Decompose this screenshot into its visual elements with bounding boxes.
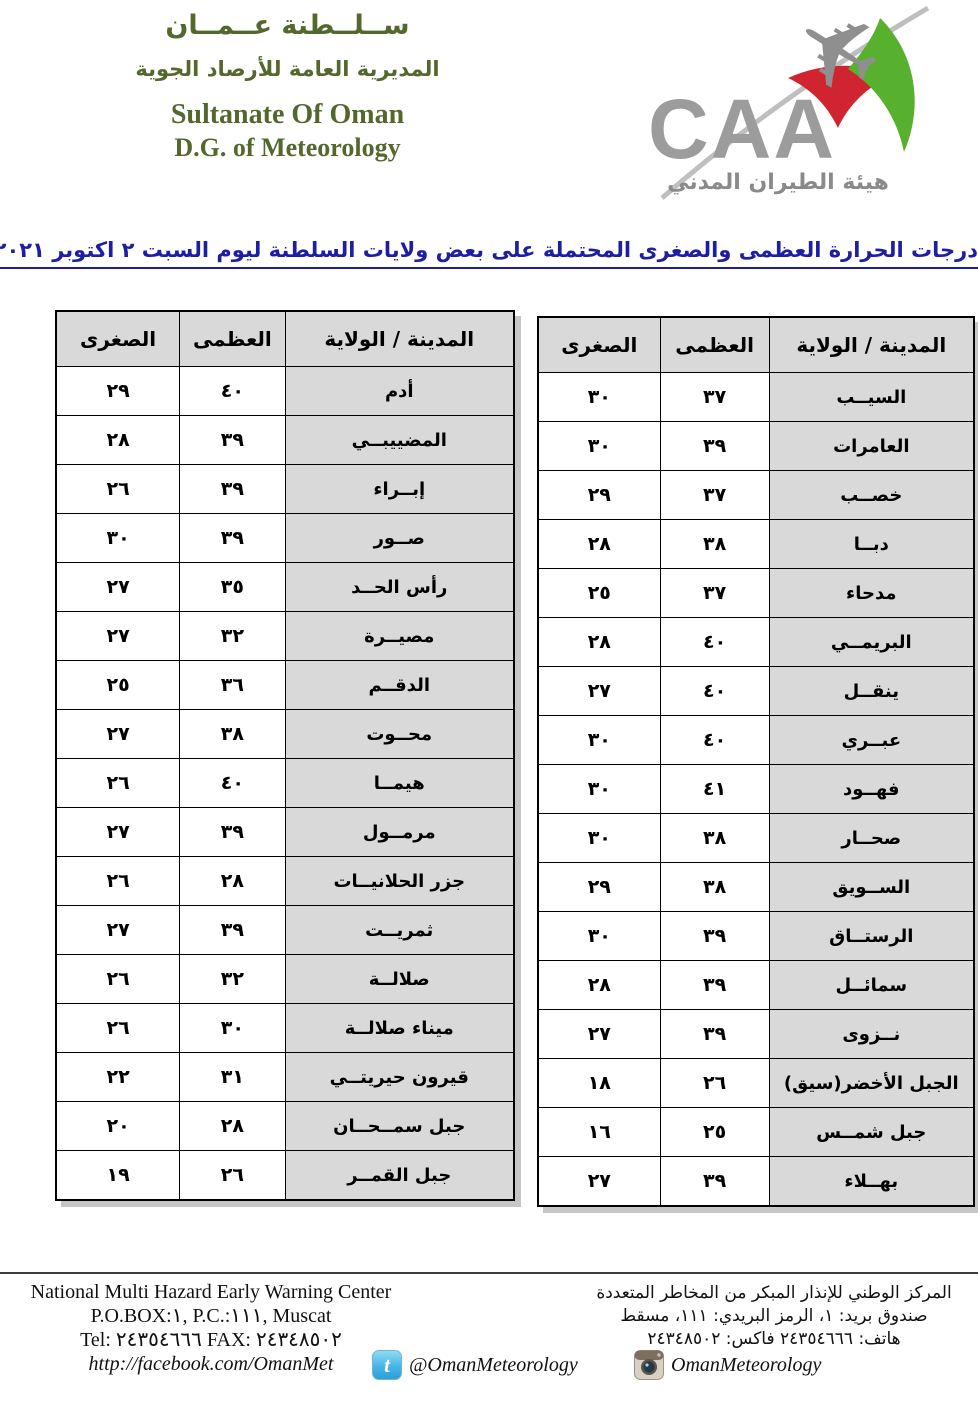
max-temp-cell: ٣٩ xyxy=(660,912,769,961)
max-temp-cell: ٣٨ xyxy=(660,863,769,912)
city-cell: ميناء صلالــة xyxy=(285,1004,514,1053)
max-temp-cell: ٣٨ xyxy=(660,520,769,569)
max-temp-cell: ٤٠ xyxy=(180,367,285,416)
col-header-min: الصغرى xyxy=(538,317,660,373)
min-temp-cell: ٢٨ xyxy=(56,416,180,465)
city-cell: خصــب xyxy=(769,471,974,520)
city-cell: قيرون حيريتــي xyxy=(285,1053,514,1102)
table-header-row: المدينة / الولاية العظمى الصغرى xyxy=(56,311,514,367)
max-temp-cell: ٢٦ xyxy=(180,1151,285,1201)
table-row: فهــود٤١٣٠ xyxy=(538,765,974,814)
min-temp-cell: ٢٧ xyxy=(538,667,660,716)
table-header-row: المدينة / الولاية العظمى الصغرى xyxy=(538,317,974,373)
table-row: بهــلاء٣٩٢٧ xyxy=(538,1157,974,1207)
min-temp-cell: ٢٧ xyxy=(56,563,180,612)
max-temp-cell: ٣٧ xyxy=(660,373,769,422)
min-temp-cell: ٢٧ xyxy=(56,710,180,759)
table-row: جبل شمــس٢٥١٦ xyxy=(538,1108,974,1157)
city-cell: البريمــي xyxy=(769,618,974,667)
max-temp-cell: ٤٠ xyxy=(180,759,285,808)
min-temp-cell: ٢٧ xyxy=(538,1010,660,1059)
max-temp-cell: ٣٩ xyxy=(180,906,285,955)
table-row: ينقــل٤٠٢٧ xyxy=(538,667,974,716)
min-temp-cell: ٣٠ xyxy=(538,765,660,814)
max-temp-cell: ٣٧ xyxy=(660,569,769,618)
center-name-english: National Multi Hazard Early Warning Cent… xyxy=(4,1280,418,1304)
min-temp-cell: ٣٠ xyxy=(538,373,660,422)
col-header-min: الصغرى xyxy=(56,311,180,367)
min-temp-cell: ٢٦ xyxy=(56,1004,180,1053)
instagram-handle-group: OmanMeteorology xyxy=(634,1350,821,1380)
city-cell: الســويق xyxy=(769,863,974,912)
caa-airplane-logo: ✈ CAA هيئة الطيران المدني xyxy=(628,0,958,200)
address-arabic: صندوق بريد: ١، الرمز البريدي: ١١١، مسقط xyxy=(578,1305,970,1328)
table-row: الدقــم٣٦٢٥ xyxy=(56,661,514,710)
min-temp-cell: ٢٥ xyxy=(56,661,180,710)
logo-acronym: CAA xyxy=(648,82,836,176)
max-temp-cell: ٣٩ xyxy=(180,514,285,563)
min-temp-cell: ٢٢ xyxy=(56,1053,180,1102)
phone-fax-english: Tel: ٢٤٣٥٤٦٦٦ FAX: ٢٤٣٤٨٥٠٢ xyxy=(4,1328,418,1352)
min-temp-cell: ٣٠ xyxy=(538,912,660,961)
table-row: العامرات٣٩٣٠ xyxy=(538,422,974,471)
city-cell: جبل القمــر xyxy=(285,1151,514,1201)
max-temp-cell: ٣٩ xyxy=(660,422,769,471)
min-temp-cell: ٣٠ xyxy=(538,814,660,863)
table-row: المضييبــي٣٩٢٨ xyxy=(56,416,514,465)
caa-logo: ✈ CAA هيئة الطيران المدني xyxy=(628,0,958,200)
max-temp-cell: ٣١ xyxy=(180,1053,285,1102)
min-temp-cell: ٢٧ xyxy=(56,906,180,955)
footer-english-block: National Multi Hazard Early Warning Cent… xyxy=(4,1280,418,1376)
min-temp-cell: ٢٦ xyxy=(56,465,180,514)
table-row: رأس الحــد٣٥٢٧ xyxy=(56,563,514,612)
max-temp-cell: ٣٨ xyxy=(660,814,769,863)
table-row: صــور٣٩٣٠ xyxy=(56,514,514,563)
report-title: درجات الحرارة العظمى والصغرى المحتملة عل… xyxy=(0,238,978,269)
max-temp-cell: ٣٩ xyxy=(660,961,769,1010)
table-row: البريمــي٤٠٢٨ xyxy=(538,618,974,667)
max-temp-cell: ٣٨ xyxy=(180,710,285,759)
table-row: مرمــول٣٩٢٧ xyxy=(56,808,514,857)
city-cell: ينقــل xyxy=(769,667,974,716)
city-cell: الجبل الأخضر(سيق) xyxy=(769,1059,974,1108)
table-row: ثمريــت٣٩٢٧ xyxy=(56,906,514,955)
max-temp-cell: ٣٧ xyxy=(660,471,769,520)
max-temp-cell: ٣٦ xyxy=(180,661,285,710)
col-header-max: العظمى xyxy=(180,311,285,367)
table-row: سمائــل٣٩٢٨ xyxy=(538,961,974,1010)
title-row: درجات الحرارة العظمى والصغرى المحتملة عل… xyxy=(0,238,978,269)
org-dept-english: D.G. of Meteorology xyxy=(85,132,490,164)
table-row: صلالــة٣٢٢٦ xyxy=(56,955,514,1004)
min-temp-cell: ١٩ xyxy=(56,1151,180,1201)
min-temp-cell: ٢٧ xyxy=(538,1157,660,1207)
org-header: ســلــطنة عــمــان المديرية العامة للأرص… xyxy=(85,6,490,164)
twitter-icon: t xyxy=(372,1350,402,1380)
table-row: جبل سمــحــان٢٨٢٠ xyxy=(56,1102,514,1151)
temperature-table-left: المدينة / الولاية العظمى الصغرى أدم٤٠٢٩ا… xyxy=(55,310,515,1201)
min-temp-cell: ٢٨ xyxy=(538,520,660,569)
city-cell: سمائــل xyxy=(769,961,974,1010)
center-name-arabic: المركز الوطني للإنذار المبكر من المخاطر … xyxy=(578,1282,970,1305)
table-row: إبــراء٣٩٢٦ xyxy=(56,465,514,514)
logo-arabic-name: هيئة الطيران المدني xyxy=(667,170,889,195)
col-header-max: العظمى xyxy=(660,317,769,373)
footer-arabic-block: المركز الوطني للإنذار المبكر من المخاطر … xyxy=(578,1282,970,1351)
min-temp-cell: ٢٦ xyxy=(56,857,180,906)
min-temp-cell: ٢٦ xyxy=(56,955,180,1004)
table-row: دبــا٣٨٢٨ xyxy=(538,520,974,569)
min-temp-cell: ٣٠ xyxy=(538,422,660,471)
city-cell: جزر الحلانيــات xyxy=(285,857,514,906)
table-row: الســويق٣٨٢٩ xyxy=(538,863,974,912)
city-cell: مدحاء xyxy=(769,569,974,618)
city-cell: بهــلاء xyxy=(769,1157,974,1207)
max-temp-cell: ٤٠ xyxy=(660,667,769,716)
city-cell: العامرات xyxy=(769,422,974,471)
table-row: جزر الحلانيــات٢٨٢٦ xyxy=(56,857,514,906)
city-cell: صحــار xyxy=(769,814,974,863)
org-dept-arabic: المديرية العامة للأرصاد الجوية xyxy=(85,52,490,86)
table-row: جبل القمــر٢٦١٩ xyxy=(56,1151,514,1201)
max-temp-cell: ٢٨ xyxy=(180,1102,285,1151)
instagram-icon xyxy=(634,1350,664,1380)
table-row: قيرون حيريتــي٣١٢٢ xyxy=(56,1053,514,1102)
instagram-handle[interactable]: OmanMeteorology xyxy=(671,1354,821,1377)
city-cell: إبــراء xyxy=(285,465,514,514)
table-row: نــزوى٣٩٢٧ xyxy=(538,1010,974,1059)
min-temp-cell: ٣٠ xyxy=(56,514,180,563)
city-cell: محــوت xyxy=(285,710,514,759)
min-temp-cell: ٢٧ xyxy=(56,612,180,661)
city-cell: مرمــول xyxy=(285,808,514,857)
table-row: الرستــاق٣٩٣٠ xyxy=(538,912,974,961)
max-temp-cell: ٣٩ xyxy=(180,416,285,465)
max-temp-cell: ٢٦ xyxy=(660,1059,769,1108)
org-name-english: Sultanate Of Oman xyxy=(85,98,490,132)
min-temp-cell: ٢٨ xyxy=(538,961,660,1010)
max-temp-cell: ٣٩ xyxy=(660,1157,769,1207)
max-temp-cell: ٣٩ xyxy=(180,465,285,514)
min-temp-cell: ٢٩ xyxy=(56,367,180,416)
max-temp-cell: ٤١ xyxy=(660,765,769,814)
city-cell: صــور xyxy=(285,514,514,563)
page: ســلــطنة عــمــان المديرية العامة للأرص… xyxy=(0,0,978,1417)
max-temp-cell: ٣٩ xyxy=(660,1010,769,1059)
max-temp-cell: ٤٠ xyxy=(660,618,769,667)
min-temp-cell: ٢٩ xyxy=(538,471,660,520)
min-temp-cell: ٢٦ xyxy=(56,759,180,808)
city-cell: نــزوى xyxy=(769,1010,974,1059)
table-row: خصــب٣٧٢٩ xyxy=(538,471,974,520)
table-row: صحــار٣٨٣٠ xyxy=(538,814,974,863)
city-cell: رأس الحــد xyxy=(285,563,514,612)
table-row: عبــري٤٠٣٠ xyxy=(538,716,974,765)
table-row: محــوت٣٨٢٧ xyxy=(56,710,514,759)
max-temp-cell: ٢٨ xyxy=(180,857,285,906)
min-temp-cell: ٢٩ xyxy=(538,863,660,912)
min-temp-cell: ٢٠ xyxy=(56,1102,180,1151)
min-temp-cell: ٣٠ xyxy=(538,716,660,765)
max-temp-cell: ٣٥ xyxy=(180,563,285,612)
city-cell: عبــري xyxy=(769,716,974,765)
footer: National Multi Hazard Early Warning Cent… xyxy=(0,1272,978,1414)
max-temp-cell: ٢٥ xyxy=(660,1108,769,1157)
city-cell: ثمريــت xyxy=(285,906,514,955)
city-cell: صلالــة xyxy=(285,955,514,1004)
city-cell: أدم xyxy=(285,367,514,416)
city-cell: السيــب xyxy=(769,373,974,422)
col-header-city: المدينة / الولاية xyxy=(285,311,514,367)
table-row: هيمــا٤٠٢٦ xyxy=(56,759,514,808)
min-temp-cell: ٢٥ xyxy=(538,569,660,618)
col-header-city: المدينة / الولاية xyxy=(769,317,974,373)
table-row: مدحاء٣٧٢٥ xyxy=(538,569,974,618)
city-cell: الرستــاق xyxy=(769,912,974,961)
min-temp-cell: ١٨ xyxy=(538,1059,660,1108)
twitter-handle-group: t @OmanMeteorology xyxy=(372,1350,578,1380)
max-temp-cell: ٣٩ xyxy=(180,808,285,857)
city-cell: هيمــا xyxy=(285,759,514,808)
city-cell: جبل شمــس xyxy=(769,1108,974,1157)
city-cell: دبــا xyxy=(769,520,974,569)
min-temp-cell: ٢٧ xyxy=(56,808,180,857)
temperature-table-right: المدينة / الولاية العظمى الصغرى السيــب٣… xyxy=(537,316,975,1207)
table-row: ميناء صلالــة٣٠٢٦ xyxy=(56,1004,514,1053)
max-temp-cell: ٣٢ xyxy=(180,612,285,661)
table-row: مصيــرة٣٢٢٧ xyxy=(56,612,514,661)
city-cell: مصيــرة xyxy=(285,612,514,661)
phone-fax-arabic: هاتف: ٢٤٣٥٤٦٦٦ فاكس: ٢٤٣٤٨٥٠٢ xyxy=(578,1328,970,1351)
max-temp-cell: ٣٠ xyxy=(180,1004,285,1053)
facebook-link[interactable]: http://facebook.com/OmanMet xyxy=(4,1352,418,1376)
city-cell: الدقــم xyxy=(285,661,514,710)
city-cell: فهــود xyxy=(769,765,974,814)
city-cell: المضييبــي xyxy=(285,416,514,465)
city-cell: جبل سمــحــان xyxy=(285,1102,514,1151)
org-name-arabic: ســلــطنة عــمــان xyxy=(85,6,490,46)
max-temp-cell: ٣٢ xyxy=(180,955,285,1004)
twitter-handle[interactable]: @OmanMeteorology xyxy=(409,1354,578,1377)
address-english: P.O.BOX:١, P.C.:١١١, Muscat xyxy=(4,1304,418,1328)
min-temp-cell: ٢٨ xyxy=(538,618,660,667)
table-row: أدم٤٠٢٩ xyxy=(56,367,514,416)
min-temp-cell: ١٦ xyxy=(538,1108,660,1157)
max-temp-cell: ٤٠ xyxy=(660,716,769,765)
table-row: السيــب٣٧٣٠ xyxy=(538,373,974,422)
table-row: الجبل الأخضر(سيق)٢٦١٨ xyxy=(538,1059,974,1108)
